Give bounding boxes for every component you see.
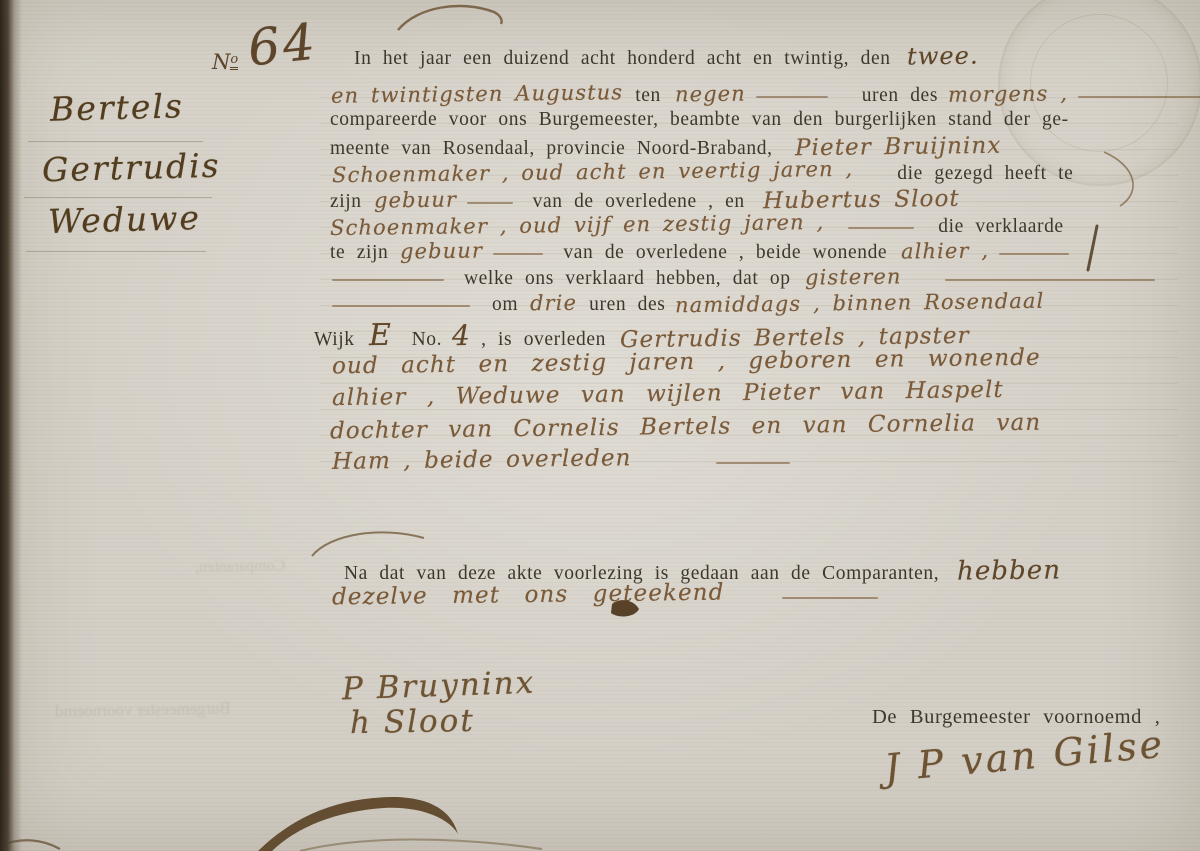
scan-vignette (0, 0, 1200, 851)
death-record-scan: Comparanten, Burgemeester voornoemd Bert… (0, 0, 1200, 851)
